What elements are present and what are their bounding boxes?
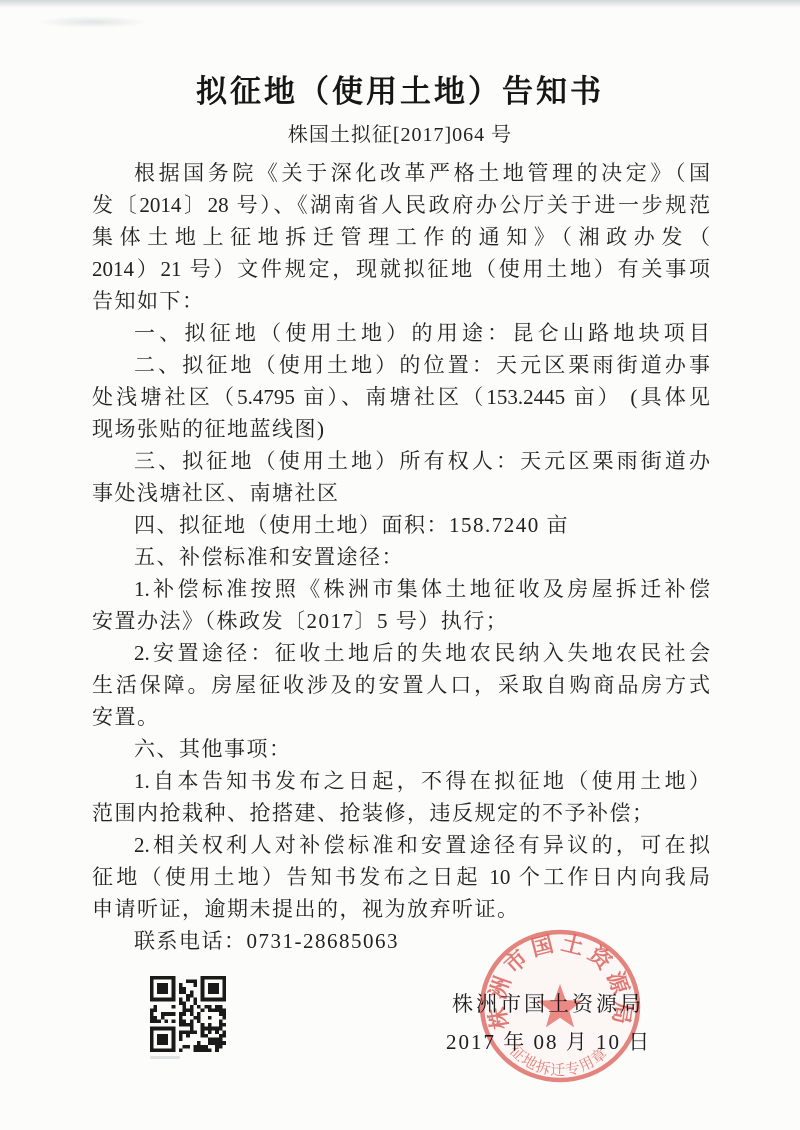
body-line: 四、拟征地（使用土地）面积：158.7240 亩 [92,509,710,541]
signature-org: 株洲市国土资源局 [452,988,644,1018]
scan-artifact-dash [150,1056,180,1059]
body-line: 二、拟征地（使用土地）的位置：天元区栗雨街道办事 [92,349,710,381]
body-line: 五、补偿标准和安置途径： [92,541,710,573]
body-line: 现场张贴的征地蓝线图) [92,413,710,445]
body-line: 安置。 [92,701,710,733]
body-line: 2014）21 号）文件规定，现就拟征地（使用土地）有关事项 [92,253,710,285]
body-line: 告知如下： [92,285,710,317]
qr-code-icon [150,976,226,1052]
body-line: 三、拟征地（使用土地）所有权人：天元区栗雨街道办 [92,445,710,477]
body-line: 根据国务院《关于深化改革严格土地管理的决定》（国 [92,157,710,189]
document-body: 根据国务院《关于深化改革严格土地管理的决定》（国发〔2014〕28 号）、《湖南… [92,157,710,957]
body-line: 联系电话：0731-28685063 [92,925,710,957]
document-title: 拟征地（使用土地）告知书 [0,66,800,111]
body-line: 一、拟征地（使用土地）的用途：昆仑山路地块项目 [92,317,710,349]
scan-artifact-smudge [38,16,148,28]
body-line: 事处浅塘社区、南塘社区 [92,477,710,509]
body-line: 处浅塘社区（5.4795 亩）、南塘社区（153.2445 亩） (具体见 [92,381,710,413]
qr-modules [150,976,226,1052]
body-line: 征地（使用土地）告知书发布之日起 10 个工作日内向我局 [92,861,710,893]
body-line: 2.安置途径：征收土地后的失地农民纳入失地农民社会 [92,637,710,669]
body-line: 生活保障。房屋征收涉及的安置人口，采取自购商品房方式 [92,669,710,701]
scan-artifact-top-band [0,0,800,8]
body-line: 申请听证，逾期未提出的，视为放弃听证。 [92,893,710,925]
body-line: 发〔2014〕28 号）、《湖南省人民政府办公厅关于进一步规范 [92,189,710,221]
document-page: 拟征地（使用土地）告知书 株国土拟征[2017]064 号 根据国务院《关于深化… [0,0,800,1130]
body-line: 安置办法》（株政发〔2017〕5 号）执行； [92,605,710,637]
body-line: 六、其他事项： [92,733,710,765]
signature-date: 2017 年 08 月 10 日 [446,1026,651,1056]
body-line: 集体土地上征地拆迁管理工作的通知》（湘政办发（ [92,221,710,253]
body-line: 2.相关权利人对补偿标准和安置途径有异议的，可在拟 [92,829,710,861]
document-number: 株国土拟征[2017]064 号 [0,118,800,147]
body-line: 1.补偿标准按照《株洲市集体土地征收及房屋拆迁补偿 [92,573,710,605]
body-line: 范围内抢栽种、抢搭建、抢装修，违反规定的不予补偿； [92,797,710,829]
body-line: 1.自本告知书发布之日起，不得在拟征地（使用土地） [92,765,710,797]
